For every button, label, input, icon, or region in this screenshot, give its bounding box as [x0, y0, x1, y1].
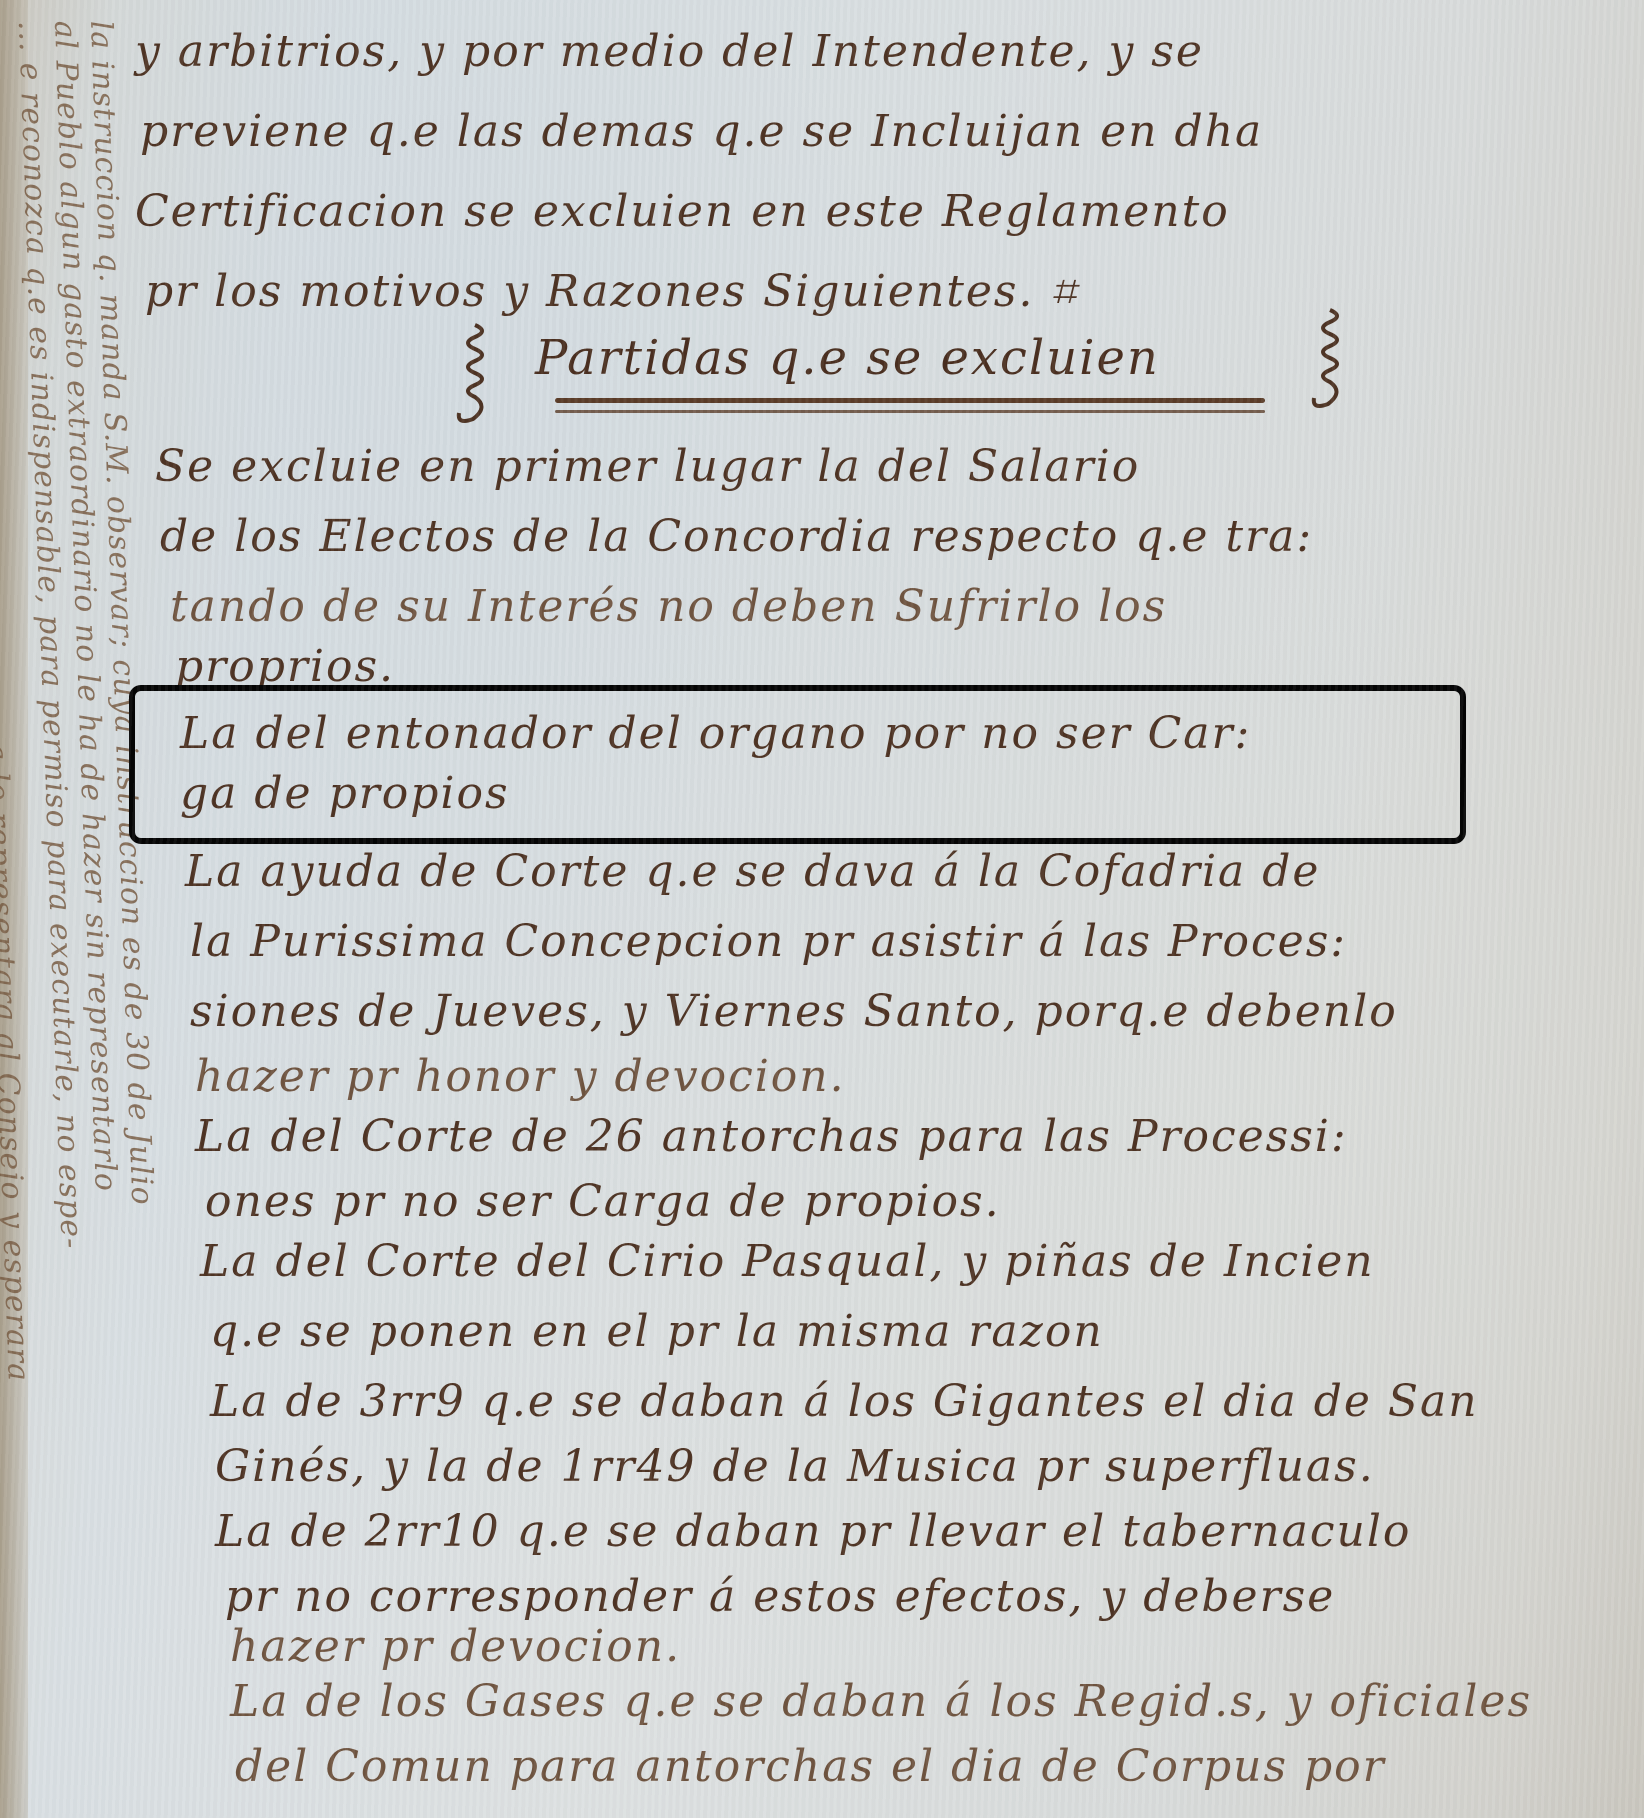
- section-heading: Partidas q.e se excluien: [535, 330, 1160, 386]
- text-line: La de 3rr9 q.e se daban á los Gigantes e…: [210, 1380, 1479, 1424]
- highlighted-text-line: ga de propios: [180, 772, 510, 816]
- text-line: La del Corte del Cirio Pasqual, y piñas …: [200, 1240, 1375, 1284]
- text-line: La de 2rr10 q.e se daban pr llevar el ta…: [215, 1510, 1411, 1554]
- text-line: y arbitrios, y por medio del Intendente,…: [135, 30, 1204, 74]
- text-line: del Comun para antorchas el dia de Corpu…: [235, 1745, 1386, 1789]
- text-line: la Purissima Concepcion pr asistir á las…: [190, 920, 1347, 964]
- manuscript-page: la instruccion q. manda S.M. observar; c…: [0, 0, 1644, 1818]
- text-line: La del Corte de 26 antorchas para las Pr…: [195, 1115, 1348, 1159]
- flourish-right-icon: [1310, 305, 1350, 415]
- text-line: La de los Gases q.e se daban á los Regid…: [230, 1680, 1532, 1724]
- text-line: de los Electos de la Concordia respecto …: [160, 515, 1313, 559]
- heading-underline: [555, 398, 1265, 403]
- text-line: hazer pr honor y devocion.: [195, 1055, 846, 1099]
- text-line: proprios.: [175, 645, 395, 689]
- text-line: previene q.e las demas q.e se Incluijan …: [140, 110, 1263, 154]
- text-line: La ayuda de Corte q.e se dava á la Cofad…: [185, 850, 1320, 894]
- text-line: pr los motivos y Razones Siguientes. ⌗: [145, 270, 1077, 314]
- text-line: siones de Jueves, y Viernes Santo, porq.…: [190, 990, 1398, 1034]
- heading-underline: [555, 410, 1265, 413]
- text-line: Ginés, y la de 1rr49 de la Musica pr sup…: [215, 1445, 1375, 1489]
- text-line: pr no corresponder á estos efectos, y de…: [225, 1575, 1335, 1619]
- text-line: tando de su Interés no deben Sufrirlo lo…: [170, 585, 1167, 629]
- text-line: ones pr no ser Carga de propios.: [205, 1180, 1001, 1224]
- text-line: Certificacion se excluien en este Reglam…: [135, 190, 1230, 234]
- flourish-left-icon: [455, 320, 495, 430]
- highlighted-text-line: La del entonador del organo por no ser C…: [180, 712, 1251, 756]
- margin-note-line: ... a lo representara al Consejo y esper…: [0, 700, 36, 1383]
- text-line: Se excluie en primer lugar la del Salari…: [155, 445, 1140, 489]
- text-line: hazer pr devocion.: [230, 1625, 681, 1669]
- text-line: q.e se ponen en el pr la misma razon: [210, 1310, 1104, 1354]
